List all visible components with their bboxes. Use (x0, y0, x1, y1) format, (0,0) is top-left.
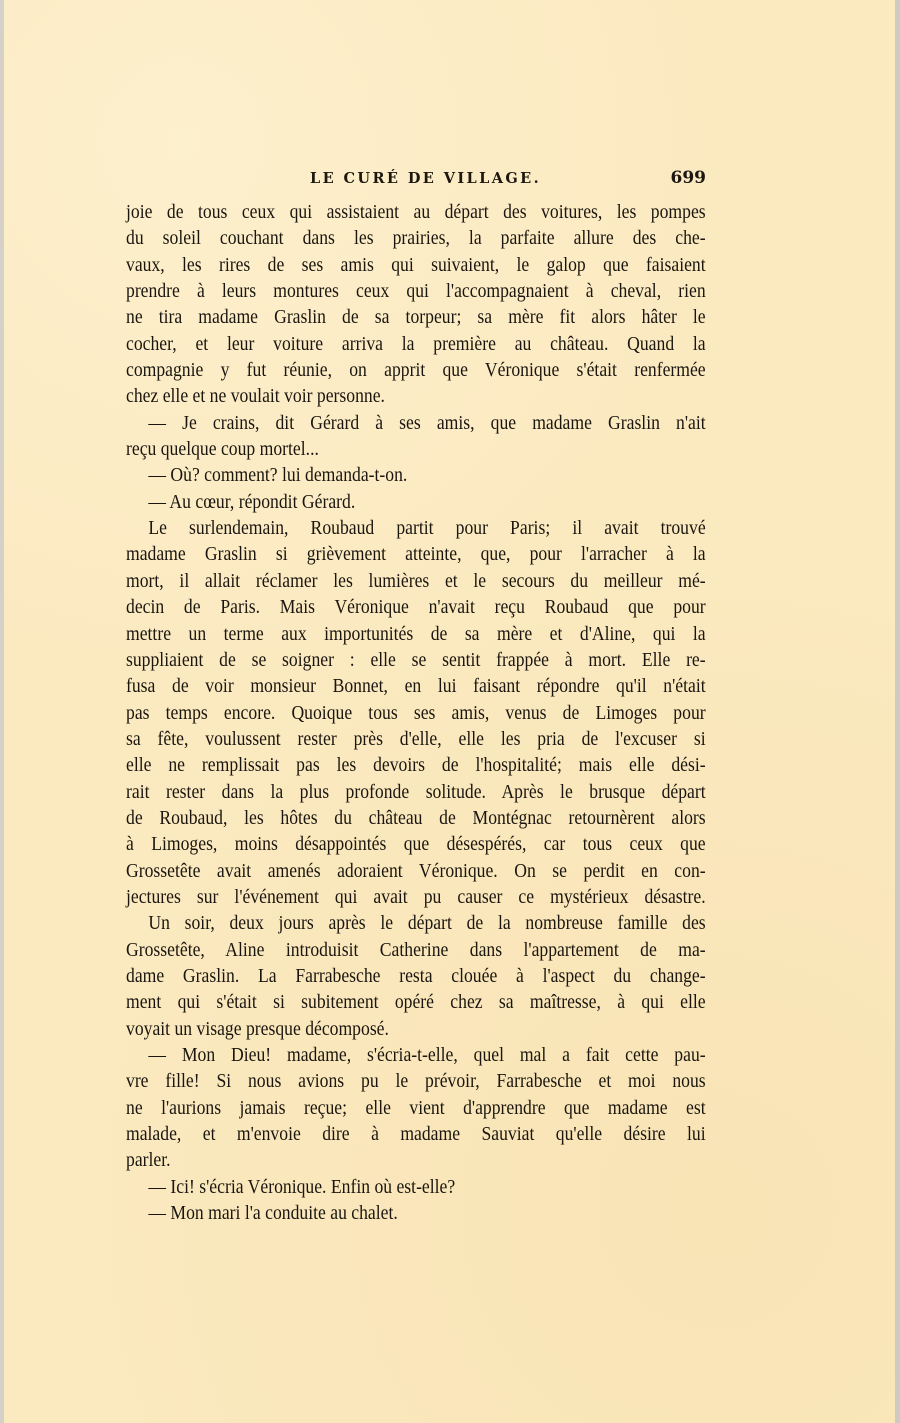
text-line: reçu quelque coup mortel... (126, 436, 706, 462)
text-line: à Limoges, moins désappointés que désesp… (126, 831, 706, 857)
text-line: madame Graslin si grièvement atteinte, q… (126, 541, 706, 567)
text-line: ne tira madame Graslin de sa torpeur; sa… (126, 304, 706, 330)
text-line: suppliaient de se soigner : elle se sent… (126, 647, 706, 673)
page-number: 699 (671, 168, 707, 188)
text-line: sa fête, voulussent rester près d'elle, … (126, 726, 706, 752)
book-page: LE CURÉ DE VILLAGE. 699 joie de tous ceu… (4, 0, 895, 1423)
text-line: Un soir, deux jours après le départ de l… (126, 910, 706, 936)
text-line: jectures sur l'événement qui avait pu ca… (126, 884, 706, 910)
text-line: Grossetête avait amenés adoraient Véroni… (126, 858, 706, 884)
text-line: decin de Paris. Mais Véronique n'avait r… (126, 594, 706, 620)
text-line: mettre un terme aux importunités de sa m… (126, 621, 706, 647)
scan-right-edge (895, 0, 900, 1423)
text-line: ment qui s'était si subitement opéré che… (126, 989, 706, 1015)
text-line: — Mon Dieu! madame, s'écria-t-elle, quel… (126, 1042, 706, 1068)
text-line: mort, il allait réclamer les lumières et… (126, 568, 706, 594)
text-line: elle ne remplissait pas les devoirs de l… (126, 752, 706, 778)
text-line: — Je crains, dit Gérard à ses amis, que … (126, 410, 706, 436)
text-line: cocher, et leur voiture arriva la premiè… (126, 331, 706, 357)
text-line: de Roubaud, les hôtes du château de Mont… (126, 805, 706, 831)
text-line: prendre à leurs montures ceux qui l'acco… (126, 278, 706, 304)
text-line: pas temps encore. Quoique tous ses amis,… (126, 700, 706, 726)
text-line: du soleil couchant dans les prairies, la… (126, 225, 706, 251)
text-line: — Ici! s'écria Véronique. Enfin où est-e… (126, 1174, 706, 1200)
text-line: malade, et m'envoie dire à madame Sauvia… (126, 1121, 706, 1147)
text-line: compagnie y fut réunie, on apprit que Vé… (126, 357, 706, 383)
text-line: Le surlendemain, Roubaud partit pour Par… (126, 515, 706, 541)
running-head: LE CURÉ DE VILLAGE. 699 (122, 168, 706, 192)
text-line: ne l'aurions jamais reçue; elle vient d'… (126, 1095, 706, 1121)
text-line: voyait un visage presque décomposé. (126, 1016, 706, 1042)
text-line: parler. (126, 1147, 706, 1173)
text-line: chez elle et ne voulait voir personne. (126, 383, 706, 409)
text-line: — Au cœur, répondit Gérard. (126, 489, 706, 515)
text-line: rait rester dans la plus profonde solitu… (126, 779, 706, 805)
text-line: joie de tous ceux qui assistaient au dép… (126, 199, 706, 225)
text-line: dame Graslin. La Farrabesche resta cloué… (126, 963, 706, 989)
text-line: vre fille! Si nous avions pu le prévoir,… (126, 1068, 706, 1094)
running-title: LE CURÉ DE VILLAGE. (310, 170, 541, 187)
text-line: — Où? comment? lui demanda-t-on. (126, 462, 706, 488)
text-line: vaux, les rires de ses amis qui suivaien… (126, 252, 706, 278)
text-line: fusa de voir monsieur Bonnet, en lui fai… (126, 673, 706, 699)
text-line: Grossetête, Aline introduisit Catherine … (126, 937, 706, 963)
body-text: joie de tous ceux qui assistaient au dép… (126, 199, 706, 1226)
text-line: — Mon mari l'a conduite au chalet. (126, 1200, 706, 1226)
